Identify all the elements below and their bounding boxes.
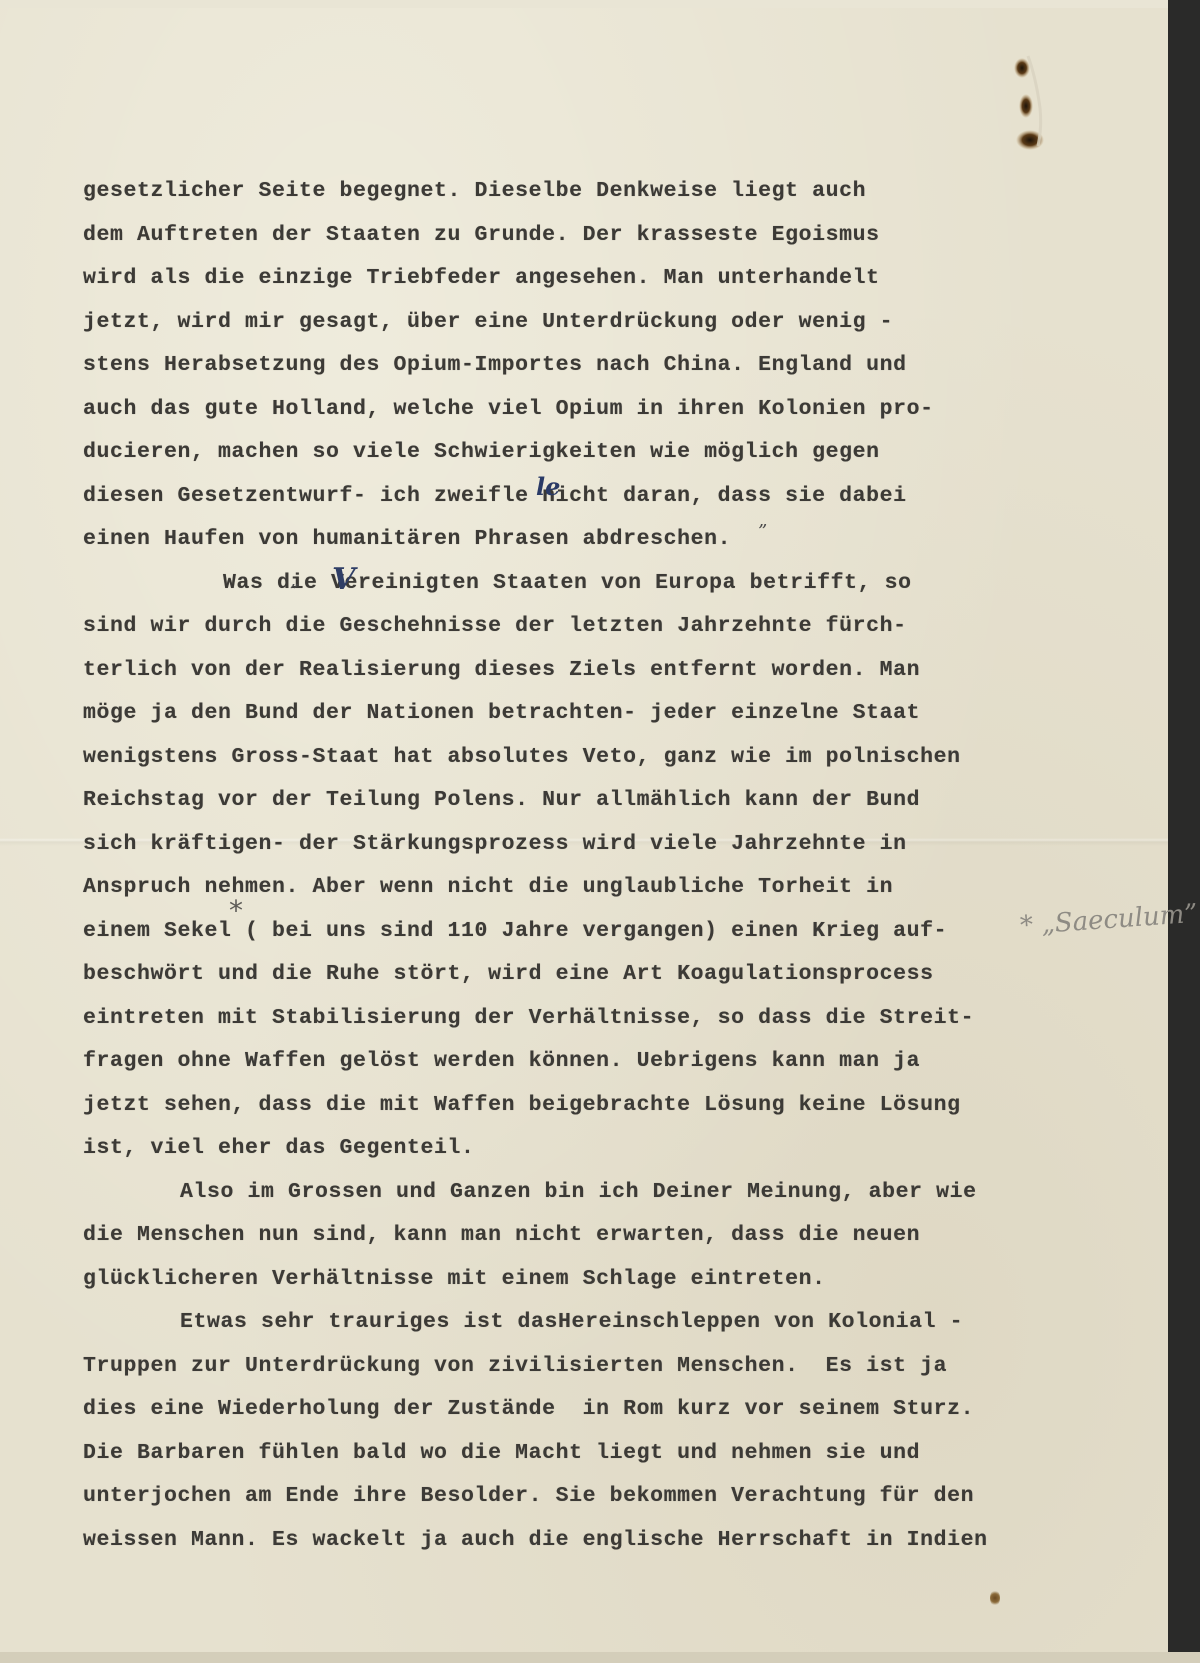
burn-mark-icon [1000, 48, 1056, 158]
asterisk-icon: * [229, 894, 243, 927]
paragraph-start-line: Also im Grossen und Ganzen bin ich Deine… [83, 1177, 977, 1207]
text-line: wird als die einzige Triebfeder angesehe… [83, 263, 880, 293]
paragraph-start-line: Etwas sehr trauriges ist dasHereinschlep… [83, 1307, 963, 1337]
text-line: einem Sekel ( bei uns sind 110 Jahre ver… [83, 916, 947, 946]
scan-border [1168, 0, 1200, 1663]
text-line: die Menschen nun sind, kann man nicht er… [83, 1220, 920, 1250]
handwritten-v-correction: V [332, 562, 355, 597]
handwritten-close-quote: ” [758, 521, 767, 542]
handwritten-le-correction: le [536, 472, 560, 501]
text-line: sich kräftigen- der Stärkungsprozess wir… [83, 829, 907, 859]
text-line: Anspruch nehmen. Aber wenn nicht die ung… [83, 872, 893, 902]
text-line: ducieren, machen so viele Schwierigkeite… [83, 437, 880, 467]
text-line: beschwört und die Ruhe stört, wird eine … [83, 959, 934, 989]
handwritten-open-quote: „ [290, 570, 299, 591]
text-line: ist, viel eher das Gegenteil. [83, 1133, 475, 1163]
text-line: weissen Mann. Es wackelt ja auch die eng… [83, 1525, 988, 1555]
paragraph-start-line: Was die Vereinigten Staaten von Europa b… [83, 568, 912, 598]
text-line: diesen Gesetzentwurf- ich zweifle nicht … [83, 481, 907, 511]
text-line: jetzt sehen, dass die mit Waffen beigebr… [83, 1090, 961, 1120]
text-line: Truppen zur Unterdrückung von zivilisier… [83, 1351, 947, 1381]
paper-top-edge [0, 0, 1200, 8]
ink-spot [990, 1590, 1000, 1606]
text-line: Die Barbaren fühlen bald wo die Macht li… [83, 1438, 920, 1468]
text-line: einen Haufen von humanitären Phrasen abd… [83, 524, 731, 554]
text-line: glücklicheren Verhältnisse mit einem Sch… [83, 1264, 826, 1294]
text-line: sind wir durch die Geschehnisse der letz… [83, 611, 907, 641]
text-line: gesetzlicher Seite begegnet. Dieselbe De… [83, 176, 866, 206]
text-line: eintreten mit Stabilisierung der Verhält… [83, 1003, 974, 1033]
text-line: terlich von der Realisierung dieses Ziel… [83, 655, 920, 685]
text-line: Reichstag vor der Teilung Polens. Nur al… [83, 785, 920, 815]
text-line: dies eine Wiederholung der Zustände in R… [83, 1394, 974, 1424]
text-line: unterjochen am Ende ihre Besolder. Sie b… [83, 1481, 974, 1511]
text-line: dem Auftreten der Staaten zu Grunde. Der… [83, 220, 880, 250]
text-line: wenigstens Gross-Staat hat absolutes Vet… [83, 742, 961, 772]
text-line: auch das gute Holland, welche viel Opium… [83, 394, 934, 424]
paper-bottom-edge [0, 1652, 1200, 1663]
text-line: möge ja den Bund der Nationen betrachten… [83, 698, 920, 728]
text-line: jetzt, wird mir gesagt, über eine Unterd… [83, 307, 893, 337]
text-line: stens Herabsetzung des Opium-Importes na… [83, 350, 907, 380]
text-line: fragen ohne Waffen gelöst werden können.… [83, 1046, 920, 1076]
